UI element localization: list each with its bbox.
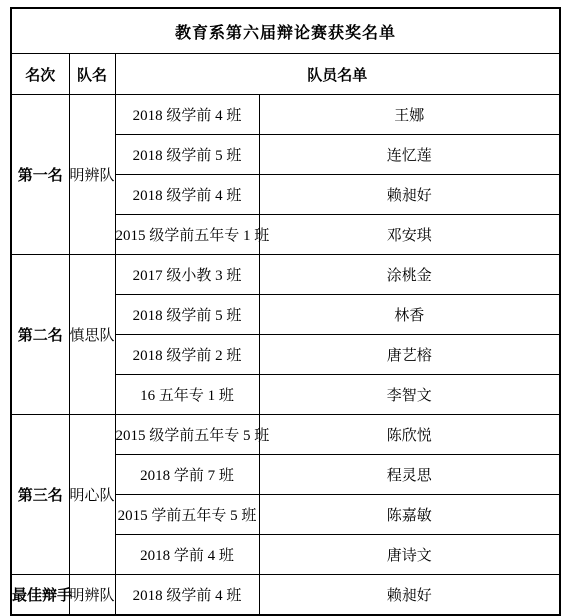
class-cell: 2018 级学前 4 班	[115, 175, 259, 215]
member-name-cell: 唐艺榕	[259, 335, 560, 375]
class-cell: 2018 级学前 5 班	[115, 295, 259, 335]
member-name-cell: 陈欣悦	[259, 415, 560, 455]
class-cell: 2018 学前 4 班	[115, 535, 259, 575]
page-title: 教育系第六届辩论赛获奖名单	[11, 8, 560, 54]
member-name-cell: 程灵思	[259, 455, 560, 495]
member-name-cell: 邓安琪	[259, 215, 560, 255]
class-cell: 2015 学前五年专 5 班	[115, 495, 259, 535]
rank-cell: 第一名	[11, 95, 69, 255]
header-row: 名次 队名 队员名单	[11, 54, 560, 95]
column-header-members: 队员名单	[115, 54, 560, 95]
rank-cell: 最佳辩手	[11, 575, 69, 616]
member-name-cell: 王娜	[259, 95, 560, 135]
class-cell: 2017 级小教 3 班	[115, 255, 259, 295]
title-row: 教育系第六届辩论赛获奖名单	[11, 8, 560, 54]
member-name-cell: 涂桃金	[259, 255, 560, 295]
rank-cell: 第三名	[11, 415, 69, 575]
member-name-cell: 陈嘉敏	[259, 495, 560, 535]
member-name-cell: 李智文	[259, 375, 560, 415]
team-cell: 明心队	[69, 415, 115, 575]
member-name-cell: 连忆莲	[259, 135, 560, 175]
member-name-cell: 赖昶好	[259, 175, 560, 215]
column-header-rank: 名次	[11, 54, 69, 95]
team-cell: 明辨队	[69, 95, 115, 255]
class-cell: 2018 级学前 5 班	[115, 135, 259, 175]
class-cell: 2018 学前 7 班	[115, 455, 259, 495]
award-table: 教育系第六届辩论赛获奖名单 名次 队名 队员名单 第一名 明辨队 2018 级学…	[10, 7, 561, 616]
class-cell: 2018 级学前 4 班	[115, 575, 259, 616]
class-cell: 2018 级学前 2 班	[115, 335, 259, 375]
team-cell: 明辨队	[69, 575, 115, 616]
team-cell: 慎思队	[69, 255, 115, 415]
rank-cell: 第二名	[11, 255, 69, 415]
class-cell: 2015 级学前五年专 1 班	[115, 215, 259, 255]
member-name-cell: 林香	[259, 295, 560, 335]
class-cell: 2015 级学前五年专 5 班	[115, 415, 259, 455]
table-row: 第三名 明心队 2015 级学前五年专 5 班 陈欣悦	[11, 415, 560, 455]
table-row: 第二名 慎思队 2017 级小教 3 班 涂桃金	[11, 255, 560, 295]
class-cell: 16 五年专 1 班	[115, 375, 259, 415]
table-row: 最佳辩手 明辨队 2018 级学前 4 班 赖昶好	[11, 575, 560, 616]
class-cell: 2018 级学前 4 班	[115, 95, 259, 135]
column-header-team: 队名	[69, 54, 115, 95]
table-row: 第一名 明辨队 2018 级学前 4 班 王娜	[11, 95, 560, 135]
member-name-cell: 唐诗文	[259, 535, 560, 575]
member-name-cell: 赖昶好	[259, 575, 560, 616]
